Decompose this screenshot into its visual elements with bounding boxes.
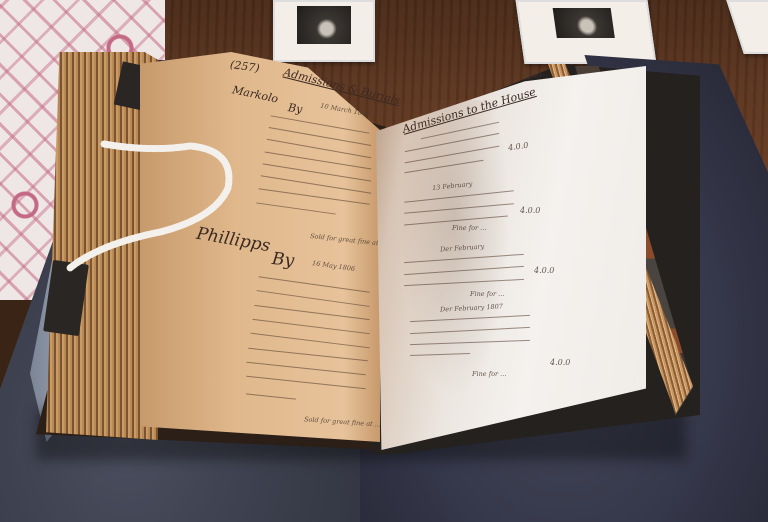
photograph-image [297,6,351,44]
entry-amount: 4.0.0 [534,266,554,275]
photo-scene: (257) Admissions & Burials Markolo By 10… [0,0,768,522]
entry-line: Fine for ... [472,370,506,378]
entry-amount: 4.0.0 [520,206,540,215]
bead-bookmark [60,140,240,280]
framed-photograph-right [516,0,657,64]
entry-line: Fine for ... [452,224,486,232]
framed-photograph-left [273,0,375,62]
entry-line: Fine for ... [470,290,504,298]
photograph-image [553,8,615,38]
entry-by: By [271,249,295,271]
entry-by: By [287,101,303,116]
entry-amount: 4.0.0 [550,358,570,367]
